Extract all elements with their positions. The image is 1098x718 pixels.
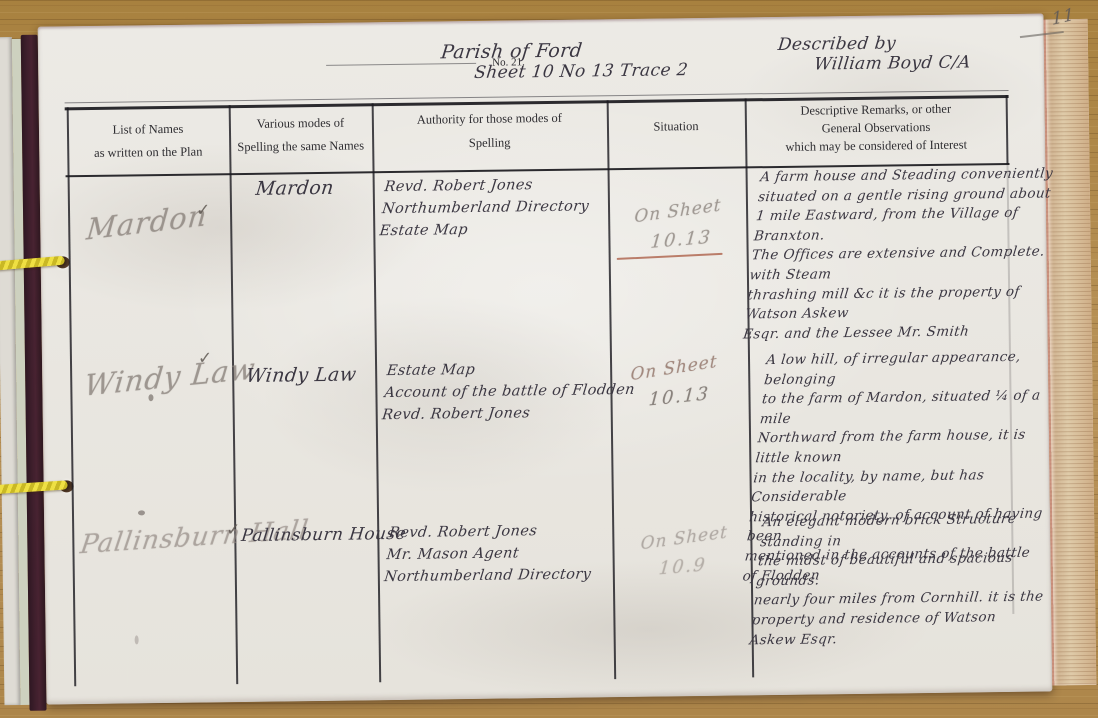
- row-authority: Revd. Robert Jones Mr. Mason Agent North…: [383, 519, 597, 588]
- column-header-situation: Situation: [607, 118, 745, 135]
- desk-background: 11 Parish of Ford No. 21. Sheet 10 No 13…: [0, 0, 1098, 718]
- paper-flaw: [138, 510, 145, 515]
- row-spelling: Pallinsburn House: [240, 524, 407, 546]
- column-header-names: List of Names as written on the Plan: [67, 117, 230, 165]
- check-mark-icon: ✓: [226, 520, 241, 540]
- row-remarks: An elegant modern brick Structure standi…: [748, 509, 1058, 650]
- header-sheet-line: Sheet 10 No 13 Trace 2: [473, 60, 689, 83]
- row-spelling: Mardon: [255, 177, 336, 200]
- row-authority: Estate Map Account of the battle of Flod…: [381, 357, 639, 426]
- column-header-spelling: Various modes of Spelling the same Names: [229, 111, 373, 159]
- described-by-name: William Boyd C/A: [813, 52, 972, 74]
- column-header-authority: Authority for those modes of Spelling: [372, 105, 608, 156]
- check-mark-icon: ✓: [198, 348, 213, 368]
- paper-flaw: [135, 635, 139, 644]
- row-spelling: Windy Law: [245, 364, 358, 387]
- row-remarks: A farm house and Steading conveniently s…: [742, 164, 1056, 344]
- row-situation-number: 10.9: [658, 554, 708, 579]
- check-mark-icon: ✓: [196, 200, 211, 220]
- row-authority: Revd. Robert Jones Northumberland Direct…: [378, 173, 592, 242]
- name-book: 11 Parish of Ford No. 21. Sheet 10 No 13…: [0, 0, 1098, 718]
- described-by-label: Described by: [777, 33, 897, 55]
- column-header-remarks: Descriptive Remarks, or other General Ob…: [745, 99, 1008, 156]
